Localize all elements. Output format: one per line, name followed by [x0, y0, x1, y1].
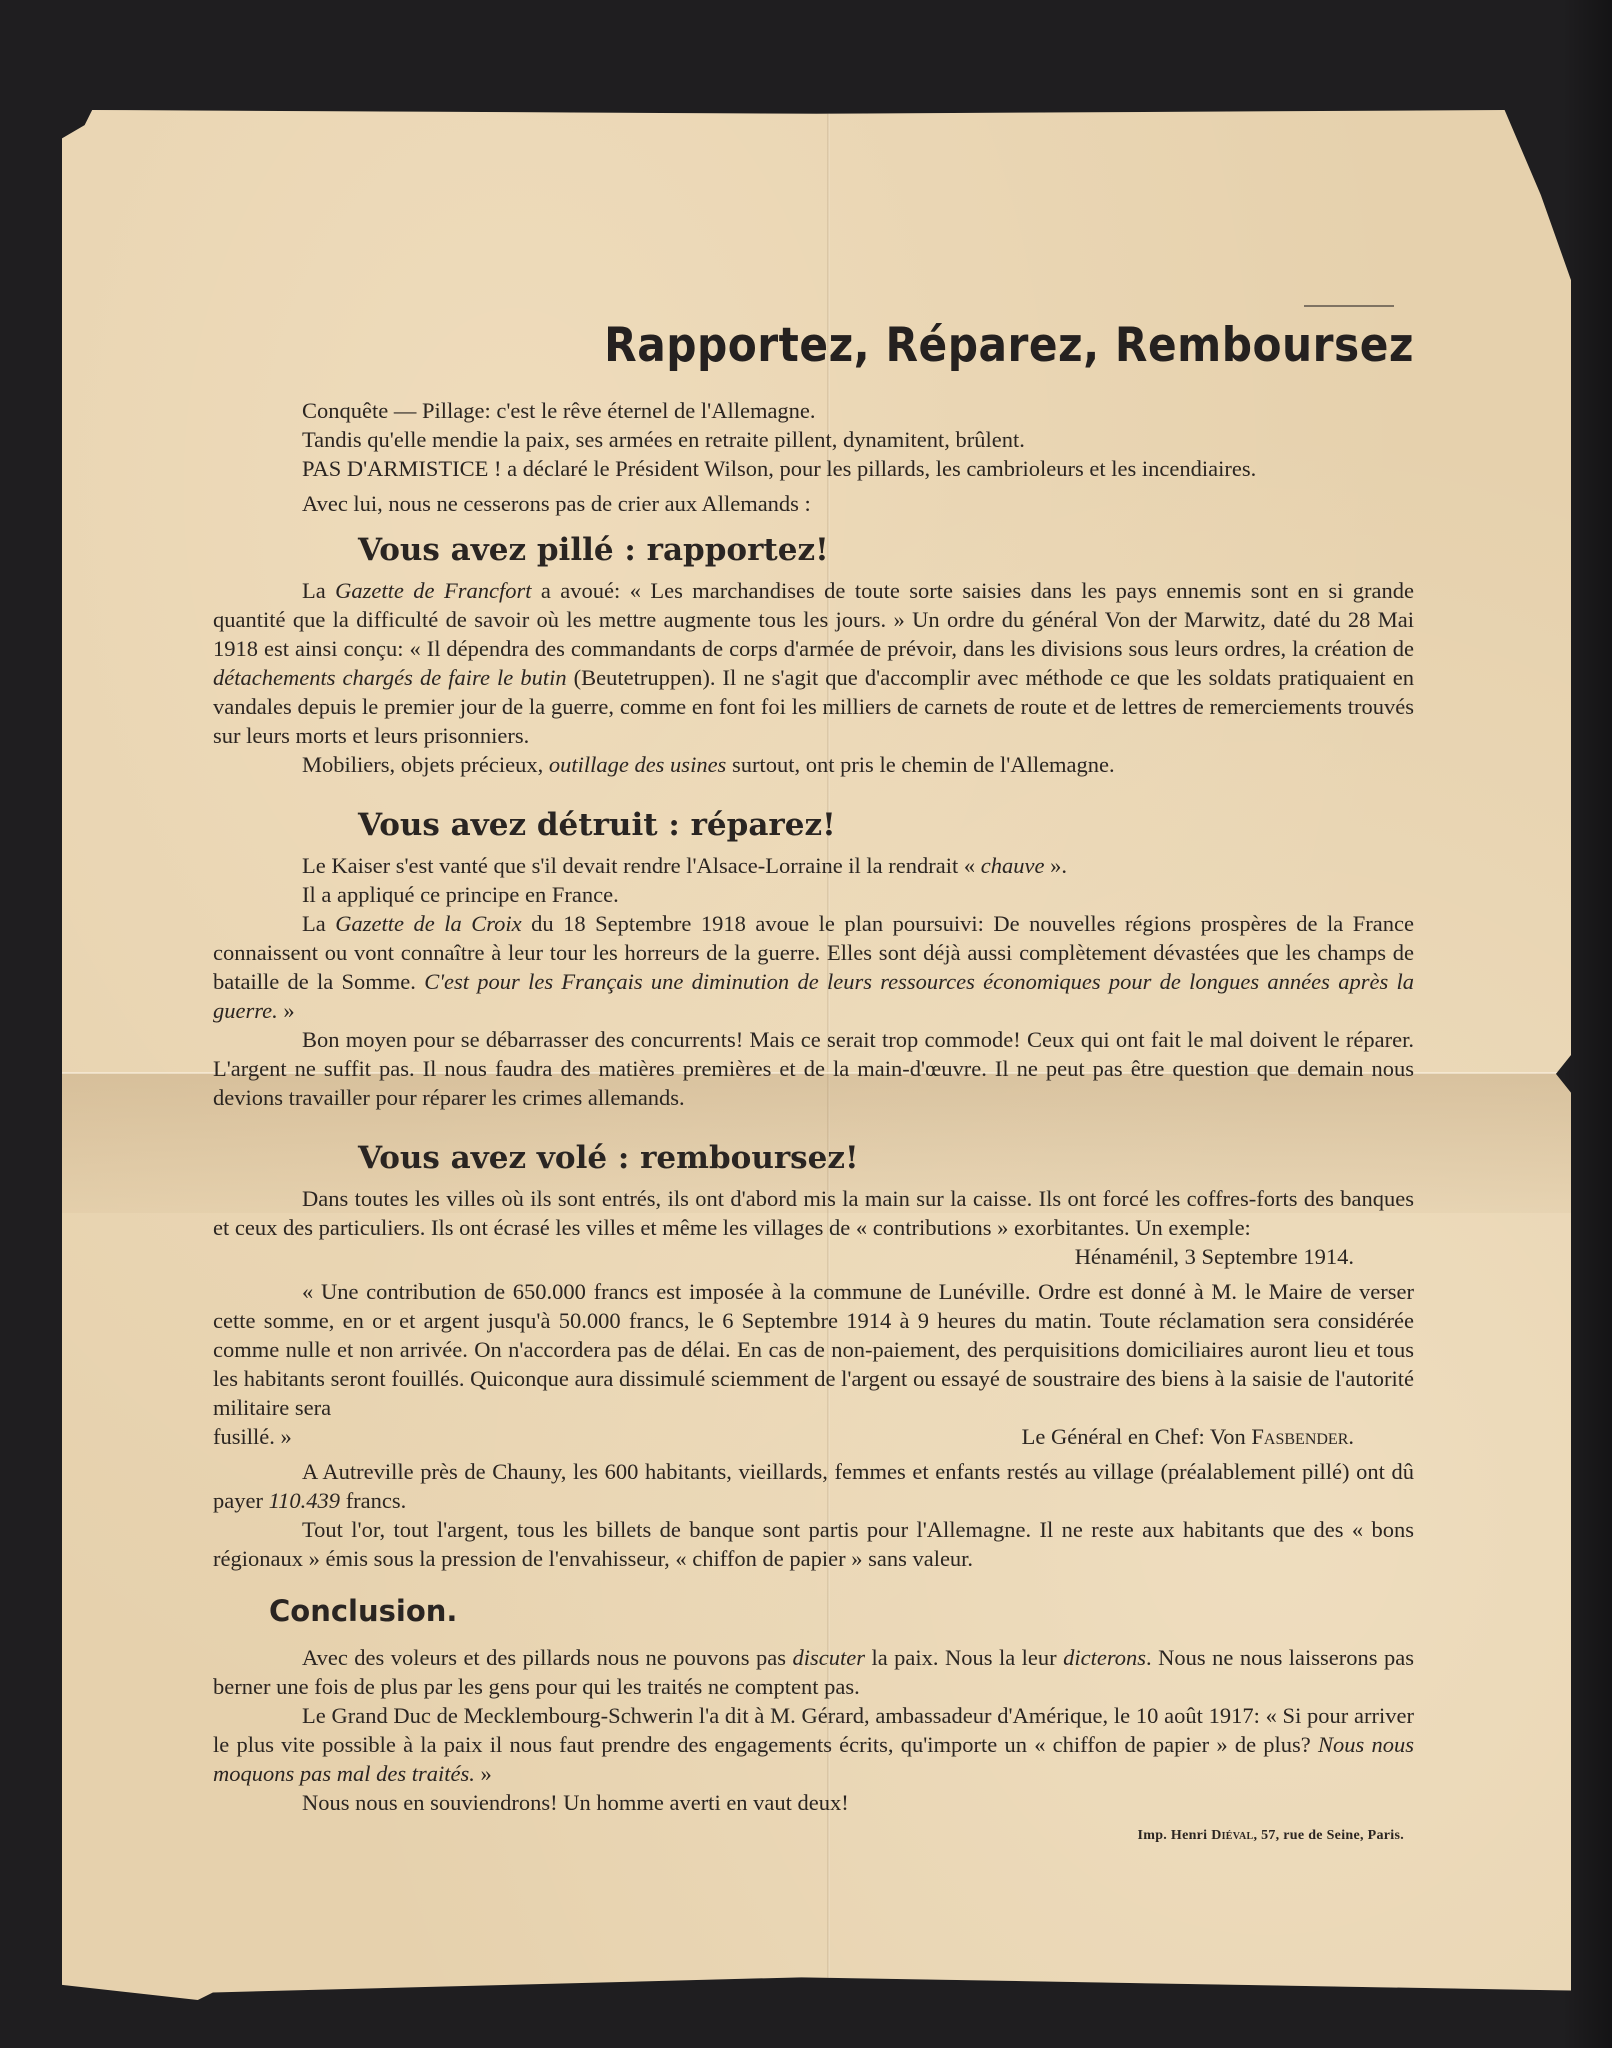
conclusion-paragraph-2: Le Grand Duc de Mecklembourg-Schwerin l'…: [213, 1701, 1414, 1788]
intro-line-2: Tandis qu'elle mendie la paix, ses armée…: [213, 425, 1414, 454]
dateline: Hénaménil, 3 Septembre 1914.: [213, 1242, 1414, 1271]
document-title: Rapportez, Réparez, Remboursez: [213, 318, 1414, 374]
section2-paragraph-1: Le Kaiser s'est vanté que s'il devait re…: [213, 851, 1414, 880]
document-body: Rapportez, Réparez, Remboursez Conquête …: [213, 210, 1414, 1850]
printer-imprint: Imp. Henri Diéval, 57, rue de Seine, Par…: [213, 1821, 1414, 1850]
title-rule: [1304, 305, 1394, 307]
section3-paragraph-2: A Autreville près de Chauny, les 600 hab…: [213, 1457, 1414, 1515]
quote-signature-row: fusillé. » Le Général en Chef: Von Fasbe…: [213, 1422, 1414, 1451]
intro-line-3: PAS D'ARMISTICE ! a déclaré le Président…: [213, 454, 1414, 483]
requisition-quote: « Une contribution de 650.000 francs est…: [213, 1277, 1414, 1422]
paper-sheet: Rapportez, Réparez, Remboursez Conquête …: [62, 110, 1571, 2000]
intro-line-1: Conquête — Pillage: c'est le rêve éterne…: [213, 396, 1414, 425]
conclusion-heading: Conclusion.: [269, 1591, 1414, 1631]
section3-paragraph-1: Dans toutes les villes où ils sont entré…: [213, 1184, 1414, 1242]
section2-paragraph-3: La Gazette de la Croix du 18 Septembre 1…: [213, 909, 1414, 1025]
conclusion-paragraph-1: Avec des voleurs et des pillards nous ne…: [213, 1643, 1414, 1701]
section1-paragraph-2: Mobiliers, objets précieux, outillage de…: [213, 750, 1414, 779]
signature: Le Général en Chef: Von Fasbender.: [1022, 1422, 1414, 1451]
section2-paragraph-2: Il a appliqué ce principe en France.: [213, 880, 1414, 909]
section-heading-detruit: Vous avez détruit : réparez!: [358, 805, 1414, 845]
section2-paragraph-4: Bon moyen pour se débarrasser des concur…: [213, 1025, 1414, 1112]
intro-line-4: Avec lui, nous ne cesserons pas de crier…: [213, 489, 1414, 518]
closing-line: Nous nous en souviendrons! Un homme aver…: [213, 1788, 1414, 1817]
section3-paragraph-3: Tout l'or, tout l'argent, tous les bille…: [213, 1515, 1414, 1573]
section-heading-vole: Vous avez volé : remboursez!: [358, 1138, 1414, 1178]
section-heading-pille: Vous avez pillé : rapportez!: [358, 530, 1414, 570]
section1-paragraph-1: La Gazette de Francfort a avoué: « Les m…: [213, 576, 1414, 750]
quote-end: fusillé. »: [213, 1422, 292, 1451]
